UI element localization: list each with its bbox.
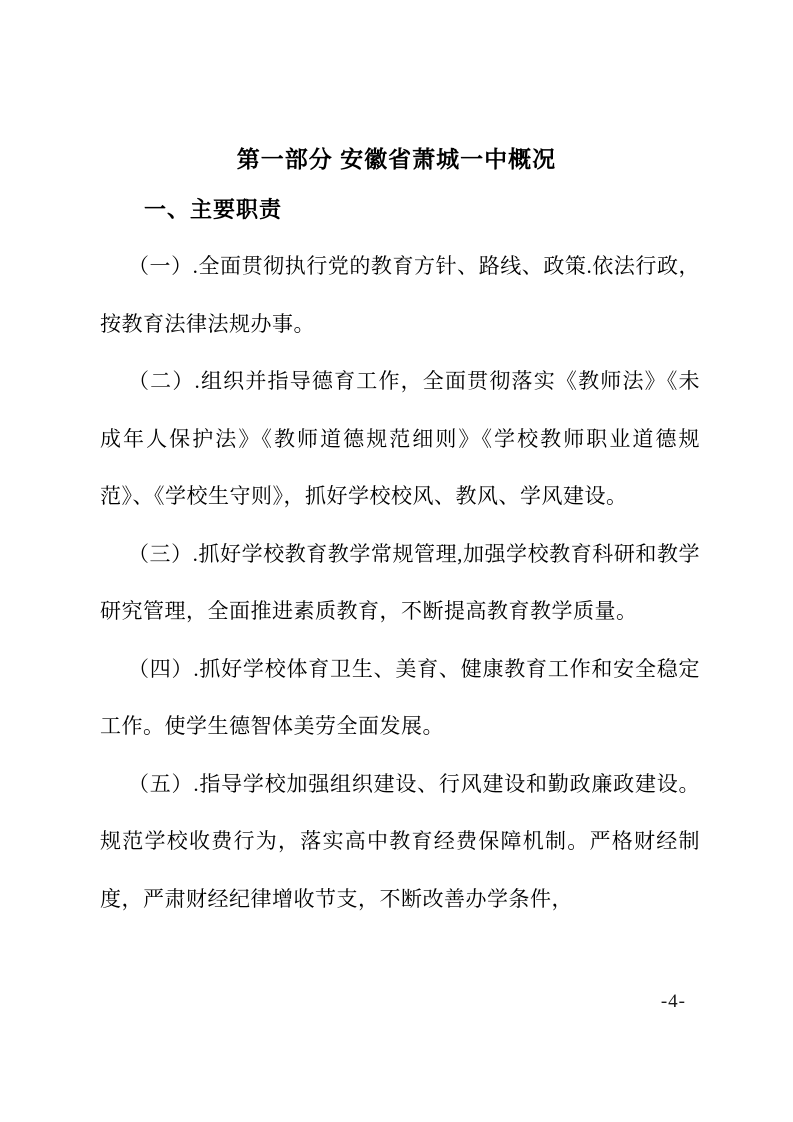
section-heading: 一、主要职责: [100, 193, 700, 224]
paragraph-5: （五）.指导学校加强组织建设、行风建设和勤政廉政建设。规范学校收费行为，落实高中…: [100, 756, 700, 929]
paragraph-1: （一）.全面贯彻执行党的教育方针、路线、政策.依法行政，按教育法律法规办事。: [100, 238, 700, 353]
document-body: （一）.全面贯彻执行党的教育方针、路线、政策.依法行政，按教育法律法规办事。 （…: [100, 238, 700, 928]
paragraph-2: （二）.组织并指导德育工作，全面贯彻落实《教师法》《未成年人保护法》《教师道德规…: [100, 353, 700, 526]
page-number: -4-: [661, 991, 686, 1013]
paragraph-3: （三）.抓好学校教育教学常规管理,加强学校教育科研和教学研究管理，全面推进素质教…: [100, 526, 700, 641]
document-title: 第一部分 安徽省萧城一中概况: [0, 141, 793, 174]
paragraph-4: （四）.抓好学校体育卫生、美育、健康教育工作和安全稳定工作。使学生德智体美劳全面…: [100, 641, 700, 756]
document-page: 第一部分 安徽省萧城一中概况 一、主要职责 （一）.全面贯彻执行党的教育方针、路…: [0, 0, 793, 1122]
